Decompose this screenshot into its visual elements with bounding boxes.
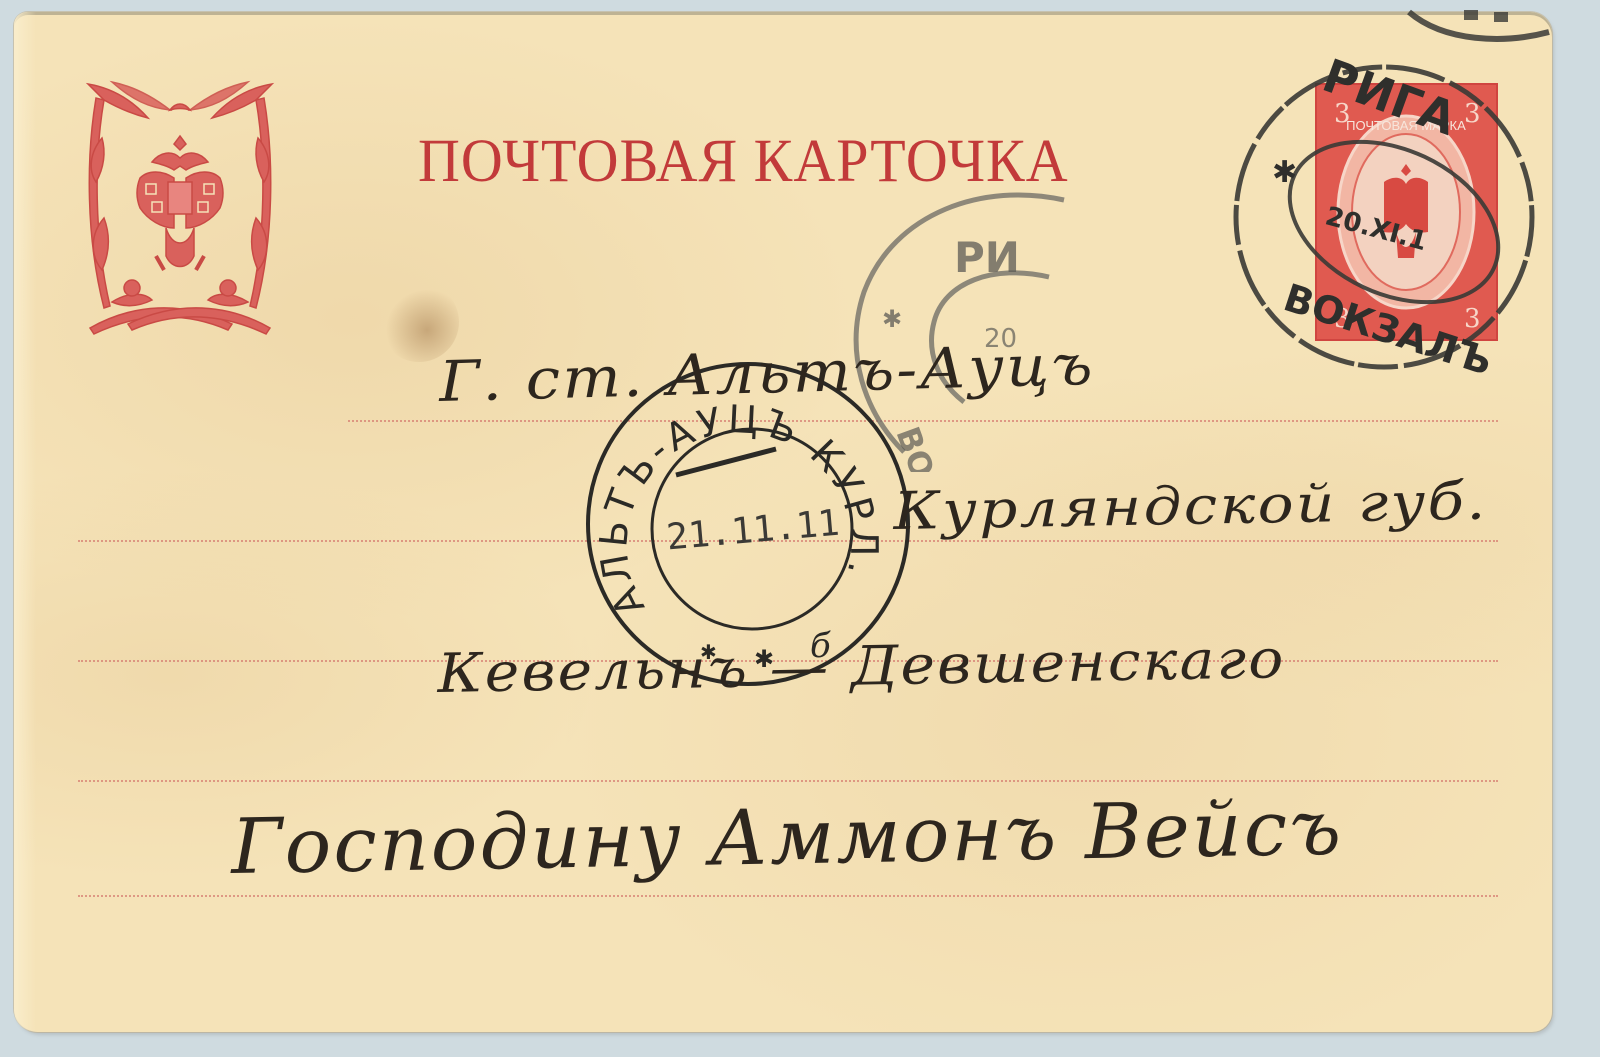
riga-postmark-icon: РИГА ВОКЗАЛЪ 20.XI.1 ✱	[1224, 52, 1544, 382]
recipient-name: Господину Аммонъ Вейсъ	[230, 783, 1343, 891]
svg-text:20.XI.1: 20.XI.1	[1322, 201, 1430, 257]
card-edge	[14, 12, 36, 1032]
svg-text:РИ: РИ	[954, 233, 1020, 282]
svg-text:21.11.11: 21.11.11	[665, 503, 841, 559]
imperial-eagle-emblem-icon	[82, 78, 278, 348]
partial-postmark-icon	[1404, 2, 1554, 52]
postcard: ПОЧТОВАЯ КАРТОЧКА 3 3 3 3 ПОЧТОВАЯ МАРКА…	[14, 12, 1552, 1032]
address-line-2: Курляндской губ.	[893, 472, 1488, 542]
svg-text:✱: ✱	[882, 305, 902, 333]
address-rule	[78, 895, 1498, 897]
address-line-3: Кевельнъ — Девшенскаго	[437, 627, 1286, 705]
address-rule	[78, 780, 1498, 782]
svg-text:АЛЬТЪ-АУЦЪ КУРЛ.: АЛЬТЪ-АУЦЪ КУРЛ.	[591, 397, 886, 623]
svg-text:✱: ✱	[1272, 155, 1297, 190]
